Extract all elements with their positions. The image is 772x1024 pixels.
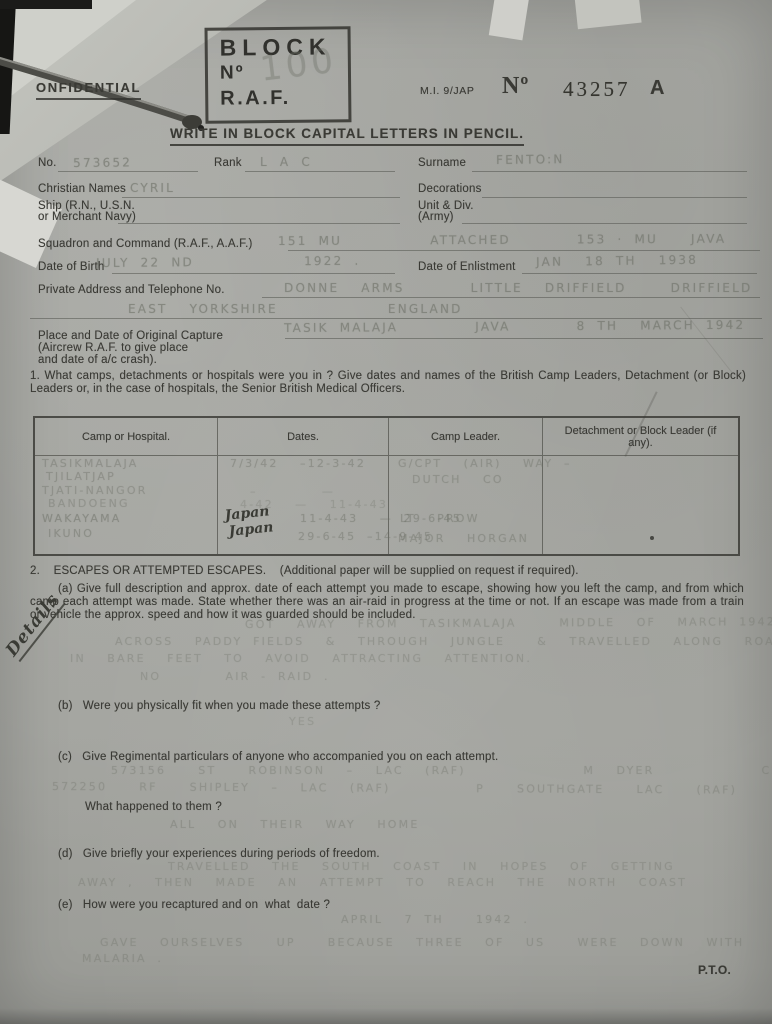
no-label: No.	[38, 157, 57, 169]
rank-line	[245, 171, 395, 172]
unit-div-line	[462, 223, 747, 224]
camp-row-6-leader: MAJOR HORGAN	[398, 532, 529, 545]
camps-table-header-leader: Camp Leader.	[389, 418, 543, 456]
instruction-heading: WRITE IN BLOCK CAPITAL LETTERS IN PENCIL…	[170, 126, 524, 146]
date-of-enlistment-line	[522, 273, 757, 274]
camp-row-1-name: TASIKMALAJA	[42, 457, 139, 470]
camp-row-4-name: BANDOENG	[48, 497, 130, 510]
answer-2a-line-4: NO AIR - RAID .	[140, 670, 330, 683]
question-1-text: 1. What camps, detachments or hospitals …	[30, 370, 746, 396]
answer-2a-line-1: GOT AWAY FROM TASIKMALAJA MIDDLE OF MARC…	[245, 615, 772, 631]
ship-line	[118, 223, 400, 224]
camp-row-5-name: WAKAYAMA	[42, 512, 122, 525]
capture-label-1: Place and Date of Original Capture	[38, 330, 223, 342]
squadron-line	[288, 250, 760, 251]
answer-2b: YES	[289, 715, 316, 728]
answer-2a-line-3: IN BARE FEET TO AVOID ATTRACTING ATTENTI…	[70, 652, 532, 665]
decorations-line	[482, 197, 747, 198]
answer-2e-date: APRIL 7 TH 1942 .	[341, 913, 529, 926]
surname-line	[472, 171, 747, 172]
answer-2e-line-1: GAVE OURSELVES UP BECAUSE THREE OF US WE…	[100, 936, 744, 949]
surname-value: FENTO:N	[496, 152, 565, 167]
top-tape-patch-1	[489, 0, 529, 40]
surname-label: Surname	[418, 157, 466, 169]
fold-crease-2	[680, 307, 733, 374]
date-of-birth-line	[112, 273, 395, 274]
unit-div-label-2: (Army)	[418, 211, 454, 223]
question-2c-followup: What happened to them ?	[85, 801, 222, 813]
camp-row-6-name: IKUNO	[48, 527, 94, 540]
squadron-value: 151 MU ATTACHED 153 · MU JAVA	[278, 232, 726, 248]
ship-label-2: or Merchant Navy)	[38, 211, 136, 223]
ref-number: 43257	[563, 77, 631, 102]
capture-label-3: and date of a/c crash).	[38, 354, 157, 366]
camp-row-2-leader: DUTCH CO	[412, 473, 504, 486]
christian-names-value: CYRIL	[130, 181, 175, 195]
stamp-line-raf: R.A.F.	[220, 84, 348, 111]
confidential-marking: ONFIDENTIAL	[36, 80, 141, 100]
decorations-label: Decorations	[418, 183, 482, 195]
date-of-birth-label: Date of Birth	[38, 261, 105, 273]
private-address-line-1	[262, 297, 760, 298]
answer-2c-followup: ALL ON THEIR WAY HOME	[170, 818, 420, 831]
camps-table-header-block-leader: Detachment or Block Leader (if any).	[543, 418, 738, 456]
question-2-heading: 2. ESCAPES OR ATTEMPTED ESCAPES. (Additi…	[30, 565, 579, 577]
rank-value: L A C	[260, 155, 312, 169]
date-of-enlistment-label: Date of Enlistment	[418, 261, 516, 273]
question-2d-text: (d) Give briefly your experiences during…	[58, 848, 380, 860]
camp-row-1-dates: 7/3/42 –12-3-42	[230, 457, 366, 470]
capture-value: TASIK MALAJA JAVA 8 TH MARCH 1942	[284, 318, 745, 335]
date-of-enlistment-value: JAN 18 TH 1938	[536, 253, 698, 269]
question-2e-text: (e) How were you recaptured and on what …	[58, 899, 330, 911]
scanned-pow-form-page: ONFIDENTIAL BLOCK Nº R.A.F. 100 M.I. 9/J…	[0, 0, 772, 1024]
ref-no-symbol: Nº	[502, 73, 529, 100]
camps-table-body-block-column	[543, 456, 738, 554]
answer-2c-line-2: 572250 RF SHIPLEY – LAC (RAF) P SOUTHGAT…	[52, 780, 737, 797]
bottom-edge-shading	[0, 1008, 772, 1024]
camp-row-5-leader: LT PROW	[400, 512, 480, 525]
question-2c-text: (c) Give Regimental particulars of anyon…	[58, 751, 498, 763]
date-of-birth-value: JULY 22 ND 1922 .	[96, 254, 360, 270]
rank-label: Rank	[214, 157, 242, 169]
answer-2c-line-1: 573156 ST ROBINSON – LAC (RAF) M DYER CP…	[111, 764, 772, 777]
no-line	[58, 171, 198, 172]
private-address-value-1: DONNE ARMS LITTLE DRIFFIELD DRIFFIELD	[284, 281, 752, 295]
question-2b-text: (b) Were you physically fit when you mad…	[58, 700, 380, 712]
camp-row-3-name: TJATI-NANGOR	[42, 484, 148, 497]
answer-2a-line-2: ACROSS PADDY FIELDS & THROUGH JUNGLE & T…	[115, 635, 772, 648]
private-address-value-2: EAST YORKSHIRE ENGLAND	[128, 302, 463, 316]
pto-marking: P.T.O.	[698, 963, 731, 977]
camp-row-3-dates: – —	[250, 485, 335, 498]
answer-2e-line-2: MALARIA .	[82, 952, 163, 965]
camps-table-header-dates: Dates.	[218, 418, 389, 456]
capture-line	[285, 338, 763, 339]
top-edge-dark-notch	[0, 0, 92, 9]
christian-names-line	[122, 197, 400, 198]
squadron-label: Squadron and Command (R.A.F., A.A.F.)	[38, 238, 253, 250]
ref-suffix: A	[650, 77, 665, 100]
camp-row-2-name: TJILATJAP	[46, 470, 116, 483]
christian-names-label: Christian Names	[38, 183, 126, 195]
private-address-label: Private Address and Telephone No.	[38, 284, 225, 296]
camp-row-1-leader: G/CPT (AIR) WAY –	[398, 457, 572, 470]
answer-2d-line-2: AWAY , THEN MADE AN ATTEMPT TO REACH THE…	[78, 876, 687, 889]
capture-label-2: (Aircrew R.A.F. to give place	[38, 342, 188, 354]
mi9-jap-label: M.I. 9/JAP	[420, 85, 474, 97]
camps-table-header-camp: Camp or Hospital.	[35, 418, 218, 456]
answer-2d-line-1: TRAVELLED THE SOUTH COAST IN HOPES OF GE…	[168, 860, 675, 873]
top-tape-patch-2	[574, 0, 641, 29]
no-value: 573652	[73, 155, 132, 170]
stray-ink-dot	[650, 536, 654, 540]
